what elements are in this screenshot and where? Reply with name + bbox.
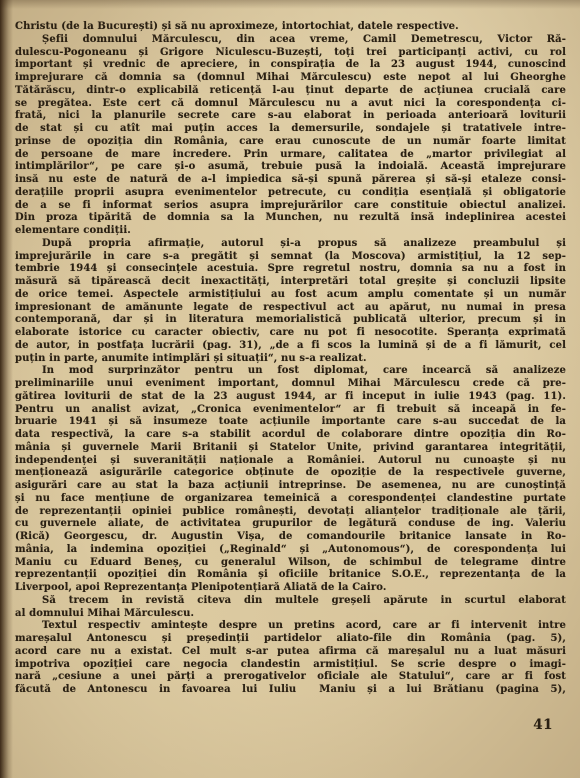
text-line: Să trecem in revistă citeva din multele … bbox=[15, 595, 566, 608]
text-line: insă nu este de natură de a-l impiedica … bbox=[15, 174, 566, 187]
text-line: acord care nu a existat. Cel mult s-ar p… bbox=[15, 646, 566, 659]
text-line: măsură să tipărească decit inexactități,… bbox=[15, 276, 566, 289]
text-line: gătirea loviturii de stat de la 23 augus… bbox=[15, 391, 566, 404]
text-line: puțin in parte, anumite intimplări și si… bbox=[15, 353, 566, 366]
text-line: (Rică) Georgescu, dr. Augustin Vișa, de … bbox=[15, 531, 566, 544]
paragraph: In mod surprinzător pentru un fost diplo… bbox=[15, 365, 566, 595]
text-line: elementare condiții. bbox=[15, 225, 566, 238]
text-line: de orice temei. Aspectele armistițiului … bbox=[15, 289, 566, 302]
text-line: In mod surprinzător pentru un fost diplo… bbox=[15, 365, 566, 378]
page-gutter-shadow bbox=[0, 0, 13, 778]
text-line: frată, nici la planurile secrete care s-… bbox=[15, 110, 566, 123]
text-line: derațiile proprii asupra evenimentelor p… bbox=[15, 187, 566, 200]
paragraph: Să trecem in revistă citeva din multele … bbox=[15, 595, 566, 621]
text-line: reprezentanții opoziției din România și … bbox=[15, 569, 566, 582]
text-block: Christu (de la București) și să nu aprox… bbox=[15, 21, 566, 697]
text-line: de a se fi informat serios asupra imprej… bbox=[15, 200, 566, 213]
paragraph: Christu (de la București) și să nu aprox… bbox=[15, 21, 566, 34]
text-line: și nu face mențiune de organizarea temei… bbox=[15, 493, 566, 506]
text-line: independenței și suveranității naționale… bbox=[15, 455, 566, 468]
paragraph: După propria afirmație, autorul și-a pro… bbox=[15, 238, 566, 366]
text-line: data respectivă, la care s-a stabilit ac… bbox=[15, 429, 566, 442]
text-line: de autor, in postfața lucrării (pag. 31)… bbox=[15, 340, 566, 353]
text-line: imprejurările in care s-a pregătit și se… bbox=[15, 251, 566, 264]
text-line: mânia, la indemina opoziției („Reginald“… bbox=[15, 544, 566, 557]
text-line: nară „cesiune a unei părți a prerogative… bbox=[15, 671, 566, 684]
text-line: de stat și cu atît mai puțin acces la de… bbox=[15, 123, 566, 136]
text-line: Din proza tipărită de domnia sa la Munch… bbox=[15, 212, 566, 225]
text-line: preliminariile unui eveniment important,… bbox=[15, 378, 566, 391]
text-line: se pregătea. Este cert că domnul Mărcule… bbox=[15, 98, 566, 111]
text-line: făcută de Antonescu in favoarea lui Iuli… bbox=[15, 684, 566, 697]
text-line: Pentru un analist avizat, „Cronica eveni… bbox=[15, 404, 566, 417]
text-line: Maniu cu Eduard Beneș, cu generalul Wils… bbox=[15, 557, 566, 570]
page-top-shadow bbox=[0, 0, 580, 9]
text-line: menționează asigurările categorice obțin… bbox=[15, 467, 566, 480]
text-line: intimplărilor“, pe care și-o asumă, treb… bbox=[15, 161, 566, 174]
text-line: elaborate istorice cu caracter obiectiv,… bbox=[15, 327, 566, 340]
text-line: dulescu-Pogoneanu și Grigore Niculescu-B… bbox=[15, 47, 566, 60]
text-line: de persoane de mare incredere. Prin urma… bbox=[15, 149, 566, 162]
text-line: asigurări care au stat la baza acțiunii … bbox=[15, 480, 566, 493]
text-line: Textul respectiv amintește despre un pre… bbox=[15, 620, 566, 633]
text-line: important și vrednic de apreciere, in co… bbox=[15, 59, 566, 72]
page-number: 41 bbox=[533, 717, 553, 733]
text-line: Christu (de la București) și să nu aprox… bbox=[15, 21, 566, 34]
text-line: imprejurare că domnia sa (domnul Mihai M… bbox=[15, 72, 566, 85]
scanned-book-page: { "document": { "page_number": "41", "co… bbox=[0, 0, 580, 778]
text-line: cu guvernele aliate, de activitatea grup… bbox=[15, 518, 566, 531]
text-line: Liverpool, apoi Reprezentanța Plenipoten… bbox=[15, 582, 566, 595]
text-line: contemporană, dar și in literatura memor… bbox=[15, 314, 566, 327]
paragraph: Textul respectiv amintește despre un pre… bbox=[15, 620, 566, 697]
text-line: impresionant de amănunte legate de respe… bbox=[15, 302, 566, 315]
text-line: După propria afirmație, autorul și-a pro… bbox=[15, 238, 566, 251]
text-line: al domnului Mihai Mărculescu. bbox=[15, 608, 566, 621]
text-line: Tătărăscu, dintr-o explicabilă reticență… bbox=[15, 85, 566, 98]
text-line: mareșalul Antonescu și președinții parti… bbox=[15, 633, 566, 646]
paragraph: Șefii domnului Mărculescu, din acea vrem… bbox=[15, 34, 566, 238]
text-line: bruarie 1941 și să insumeze toate acțiun… bbox=[15, 416, 566, 429]
text-line: de reprezentanții opiniei publice române… bbox=[15, 506, 566, 519]
text-line: tembrie 1944 și consecințele acestuia. S… bbox=[15, 263, 566, 276]
text-line: impotriva opoziției care negocia clandes… bbox=[15, 659, 566, 672]
text-line: mânia și guvernele Marii Britanii și Sta… bbox=[15, 442, 566, 455]
text-line: prinse de opoziția din România, care era… bbox=[15, 136, 566, 149]
text-line: Șefii domnului Mărculescu, din acea vrem… bbox=[15, 34, 566, 47]
